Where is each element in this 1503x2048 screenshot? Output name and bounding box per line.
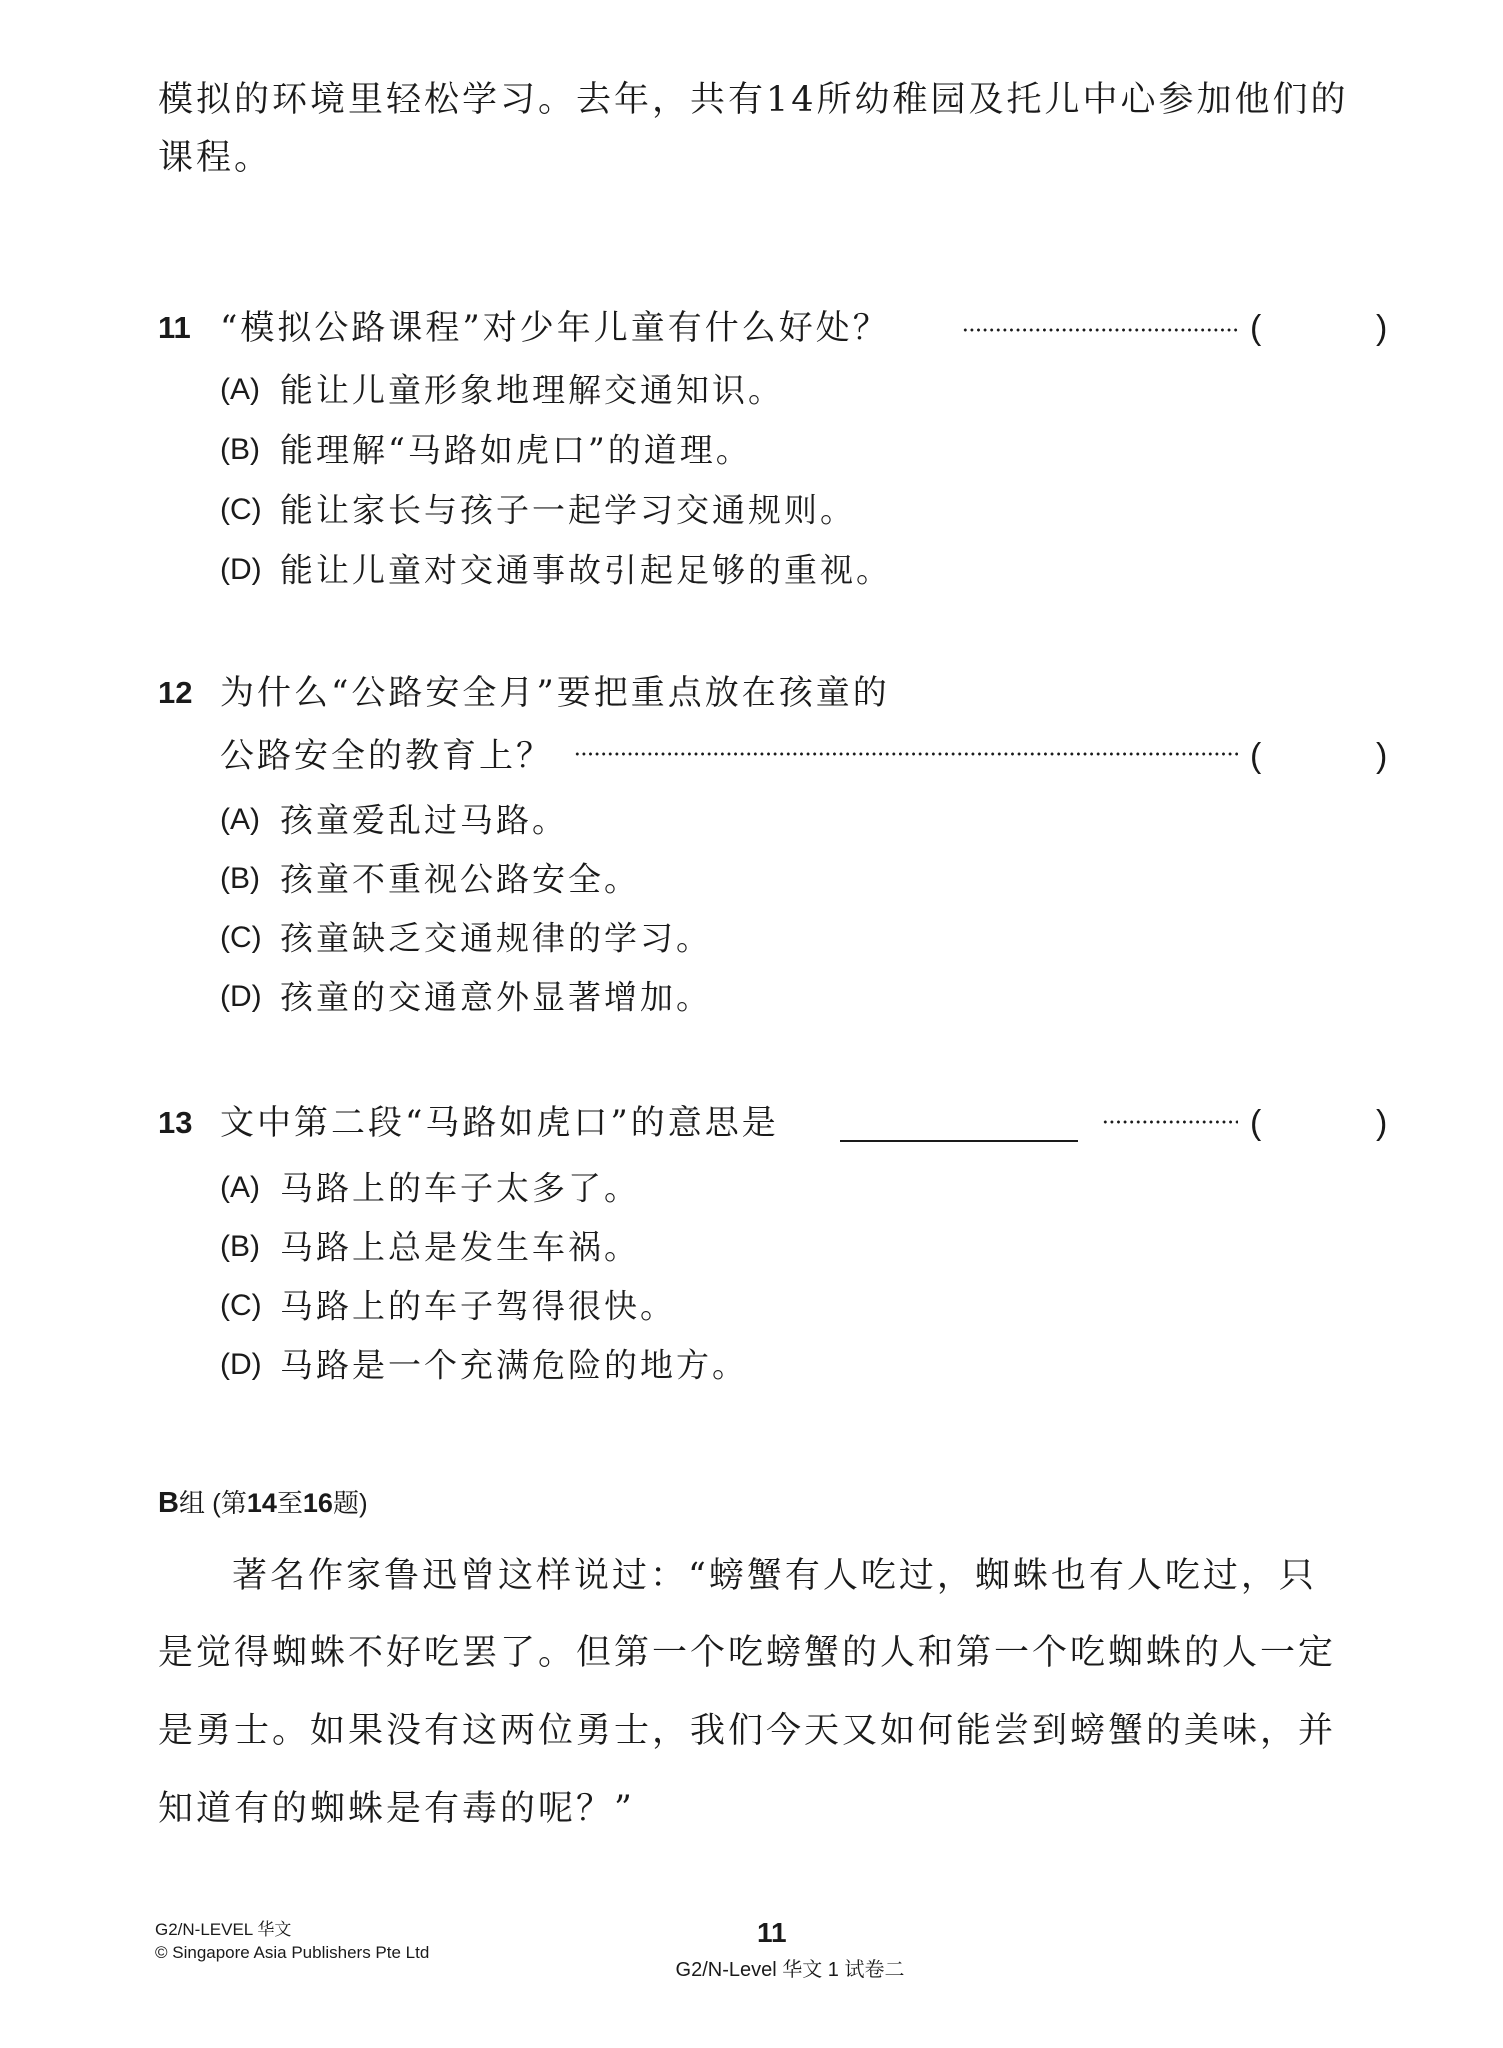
option-c[interactable]: (C)马路上的车子驾得很快。 (220, 1286, 676, 1326)
option-a[interactable]: (A)孩童爱乱过马路。 (220, 800, 568, 840)
page-number: 11 (757, 1917, 787, 1949)
footer-publisher: G2/N-LEVEL 华文 © Singapore Asia Publisher… (155, 1918, 429, 1964)
dotted-leader (574, 752, 1238, 756)
option-letter: (C) (220, 918, 280, 958)
option-text: 马路上的车子驾得很快。 (280, 1286, 676, 1325)
option-b[interactable]: (B)马路上总是发生车祸。 (220, 1227, 640, 1267)
section-label: B (158, 1487, 179, 1519)
range-start: 14 (247, 1488, 277, 1518)
answer-box[interactable] (1266, 308, 1370, 348)
option-text: 能让家长与孩子一起学习交通规则。 (280, 490, 856, 529)
answer-bracket-close: ) (1376, 1103, 1387, 1143)
option-b[interactable]: (B)孩童不重视公路安全。 (220, 859, 640, 899)
question-text: 文中第二段“马路如虎口”的意思是 (220, 1103, 779, 1143)
passage-line: 知道有的蜘蛛是有毒的呢？” (158, 1789, 635, 1829)
dotted-leader (962, 328, 1238, 332)
fill-in-blank[interactable] (840, 1140, 1078, 1142)
footer-copyright: © Singapore Asia Publishers Pte Ltd (155, 1941, 429, 1964)
option-text: 能理解“马路如虎口”的道理。 (280, 430, 752, 469)
option-text: 马路上总是发生车祸。 (280, 1227, 640, 1266)
answer-bracket-open: ( (1250, 308, 1261, 348)
passage-line: 模拟的环境里轻松学习。去年，共有14所幼稚园及托儿中心参加他们的 (158, 80, 1349, 120)
option-letter: (C) (220, 490, 280, 530)
option-letter: (D) (220, 550, 280, 590)
option-d[interactable]: (D)孩童的交通意外显著增加。 (220, 977, 712, 1017)
option-a[interactable]: (A)能让儿童形象地理解交通知识。 (220, 370, 784, 410)
option-text: 孩童爱乱过马路。 (280, 800, 568, 839)
option-letter: (A) (220, 1168, 280, 1208)
dotted-leader (1102, 1120, 1238, 1124)
option-letter: (B) (220, 430, 280, 470)
option-b[interactable]: (B)能理解“马路如虎口”的道理。 (220, 430, 752, 470)
answer-box[interactable] (1266, 1103, 1370, 1143)
option-letter: (C) (220, 1286, 280, 1326)
range-mid: 至 (277, 1488, 303, 1518)
option-text: 孩童的交通意外显著增加。 (280, 977, 712, 1016)
question-text: “模拟公路课程”对少年儿童有什么好处？ (220, 308, 890, 348)
answer-box[interactable] (1266, 736, 1370, 776)
option-a[interactable]: (A)马路上的车子太多了。 (220, 1168, 640, 1208)
range-suffix: 题) (333, 1488, 368, 1518)
question-text: 为什么“公路安全月”要把重点放在孩童的 (220, 673, 890, 713)
range-end: 16 (303, 1488, 333, 1518)
option-letter: (B) (220, 859, 280, 899)
footer-paper-title: G2/N-Level 华文 1 试卷二 (470, 1953, 1110, 1982)
option-letter: (D) (220, 977, 280, 1017)
answer-bracket-open: ( (1250, 736, 1261, 776)
option-letter: (B) (220, 1227, 280, 1267)
option-c[interactable]: (C)孩童缺乏交通规律的学习。 (220, 918, 712, 958)
option-letter: (A) (220, 800, 280, 840)
passage-line: 著名作家鲁迅曾这样说过：“螃蟹有人吃过，蜘蛛也有人吃过，只 (232, 1556, 1317, 1596)
option-text: 能让儿童对交通事故引起足够的重视。 (280, 550, 892, 589)
section-heading: B组 (第14至16题) (158, 1487, 368, 1519)
answer-bracket-close: ) (1376, 736, 1387, 776)
passage-line: 是勇士。如果没有这两位勇士，我们今天又如何能尝到螃蟹的美味，并 (158, 1711, 1336, 1751)
section-label-suffix: 组 (第 (179, 1488, 247, 1518)
option-text: 孩童缺乏交通规律的学习。 (280, 918, 712, 957)
passage-line: 是觉得蜘蛛不好吃罢了。但第一个吃螃蟹的人和第一个吃蜘蛛的人一定 (158, 1633, 1336, 1673)
question-number: 11 (158, 308, 191, 348)
question-number: 13 (158, 1103, 192, 1143)
option-text: 能让儿童形象地理解交通知识。 (280, 370, 784, 409)
answer-bracket-open: ( (1250, 1103, 1261, 1143)
option-text: 马路上的车子太多了。 (280, 1168, 640, 1207)
question-text: 公路安全的教育上？ (220, 736, 553, 776)
answer-bracket-close: ) (1376, 308, 1387, 348)
option-text: 马路是一个充满危险的地方。 (280, 1345, 748, 1384)
option-letter: (A) (220, 370, 280, 410)
option-letter: (D) (220, 1345, 280, 1385)
footer-course: G2/N-LEVEL 华文 (155, 1918, 429, 1941)
option-c[interactable]: (C)能让家长与孩子一起学习交通规则。 (220, 490, 856, 530)
option-text: 孩童不重视公路安全。 (280, 859, 640, 898)
question-number: 12 (158, 673, 192, 713)
option-d[interactable]: (D)能让儿童对交通事故引起足够的重视。 (220, 550, 892, 590)
option-d[interactable]: (D)马路是一个充满危险的地方。 (220, 1345, 748, 1385)
passage-line: 课程。 (158, 138, 272, 178)
